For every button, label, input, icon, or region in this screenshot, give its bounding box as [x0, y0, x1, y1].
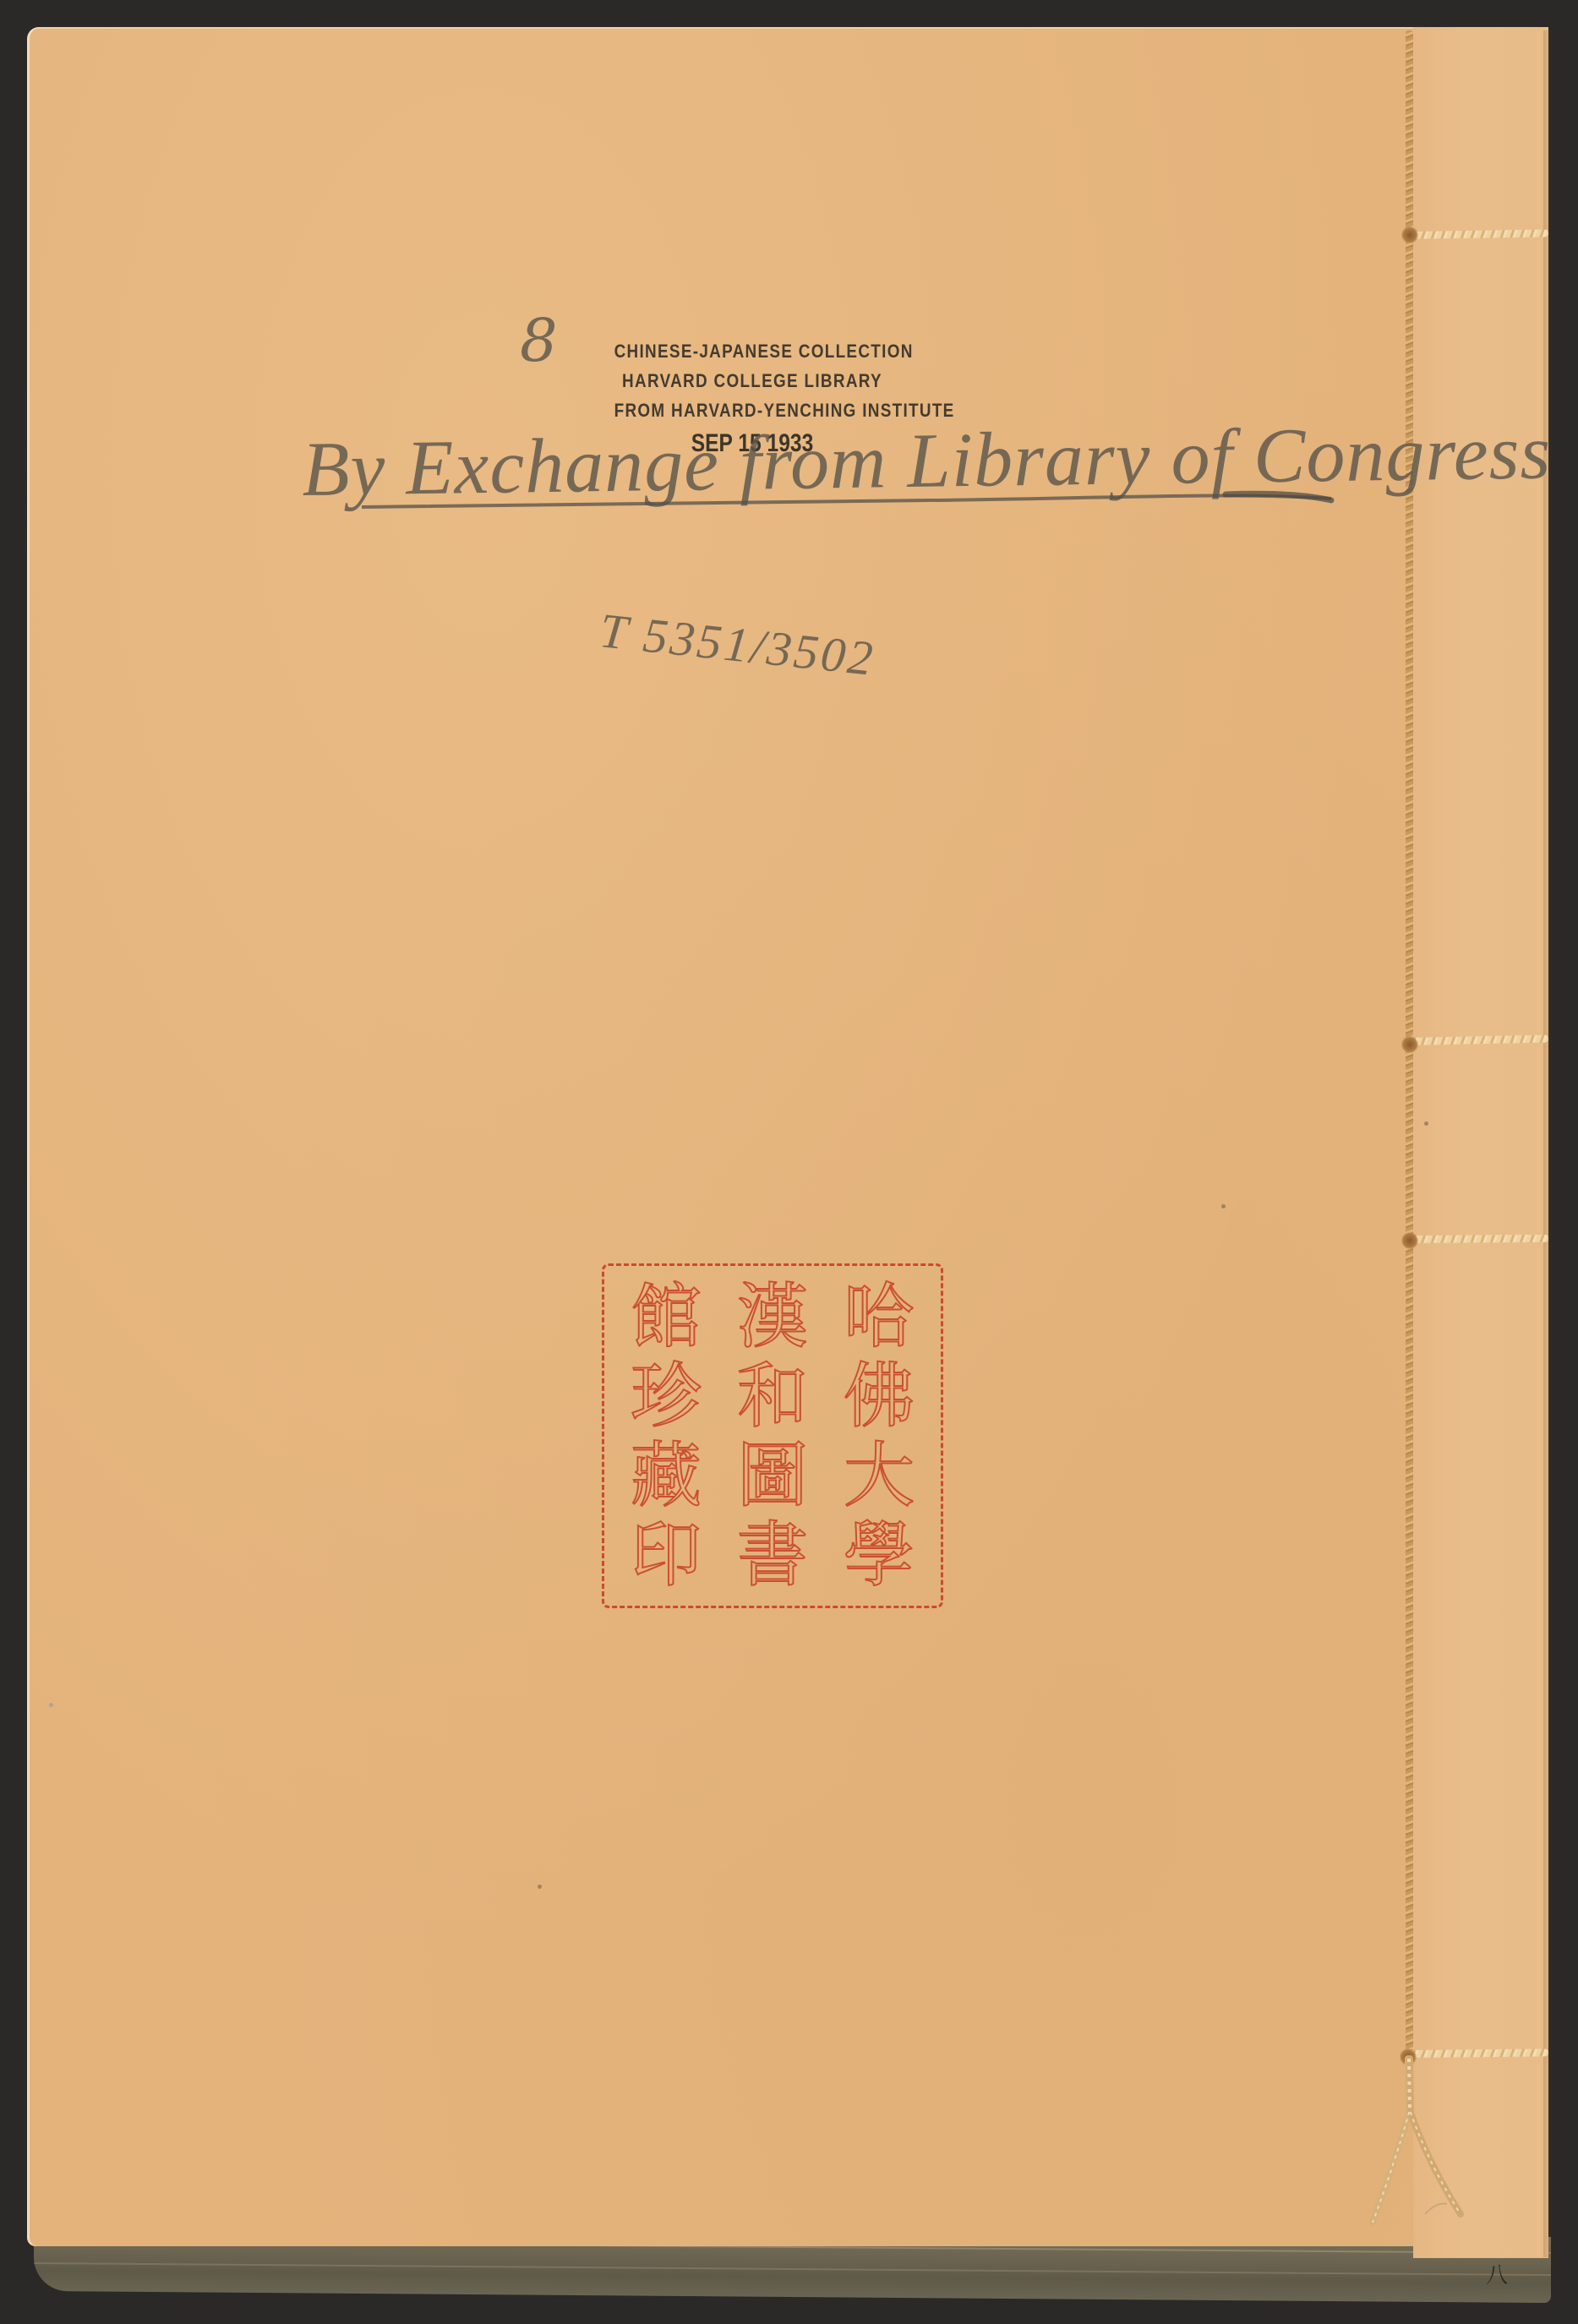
seal-character: 藏 — [631, 1437, 702, 1514]
paper-speck — [1221, 1204, 1226, 1208]
page-edge-mark: 八 — [1486, 2265, 1508, 2287]
seal-column: 哈 佛 大 學 — [826, 1278, 932, 1594]
binding-knot — [1401, 1036, 1418, 1053]
seal-character: 館 — [631, 1278, 702, 1356]
seal-character: 漢 — [737, 1278, 808, 1356]
seal-character: 珍 — [631, 1357, 702, 1435]
spine-panel — [1413, 27, 1548, 2258]
seal-character: 學 — [844, 1516, 915, 1594]
paper-speck — [1424, 1121, 1428, 1126]
library-seal: 哈 佛 大 學 漢 和 圖 書 館 珍 藏 印 — [602, 1263, 943, 1608]
seal-character: 圖 — [737, 1437, 808, 1514]
paper-speck — [49, 1703, 53, 1707]
binding-knot — [1401, 226, 1418, 243]
seal-character: 和 — [737, 1357, 808, 1435]
seal-column: 漢 和 圖 書 — [719, 1278, 826, 1594]
stamp-line-library: HARVARD COLLEGE LIBRARY — [614, 366, 891, 396]
binding-knot — [1401, 1232, 1418, 1249]
binding-knot — [1400, 2049, 1417, 2065]
seal-character: 佛 — [844, 1357, 915, 1435]
shelf-number: 8 — [520, 306, 558, 375]
seal-column: 館 珍 藏 印 — [613, 1278, 719, 1594]
provenance-note: By Exchange from Library of Congress — [302, 406, 1552, 514]
seal-character: 大 — [844, 1437, 915, 1514]
paper-speck — [538, 1885, 542, 1889]
seal-character: 哈 — [844, 1278, 915, 1356]
binding-stitch — [1409, 1235, 1548, 1243]
seal-character: 書 — [737, 1516, 808, 1594]
spine-shadow — [1543, 30, 1552, 2257]
seal-character: 印 — [631, 1516, 702, 1594]
stamp-line-collection: CHINESE-JAPANESE COLLECTION — [614, 336, 891, 366]
binding-stitch — [1409, 2049, 1548, 2058]
